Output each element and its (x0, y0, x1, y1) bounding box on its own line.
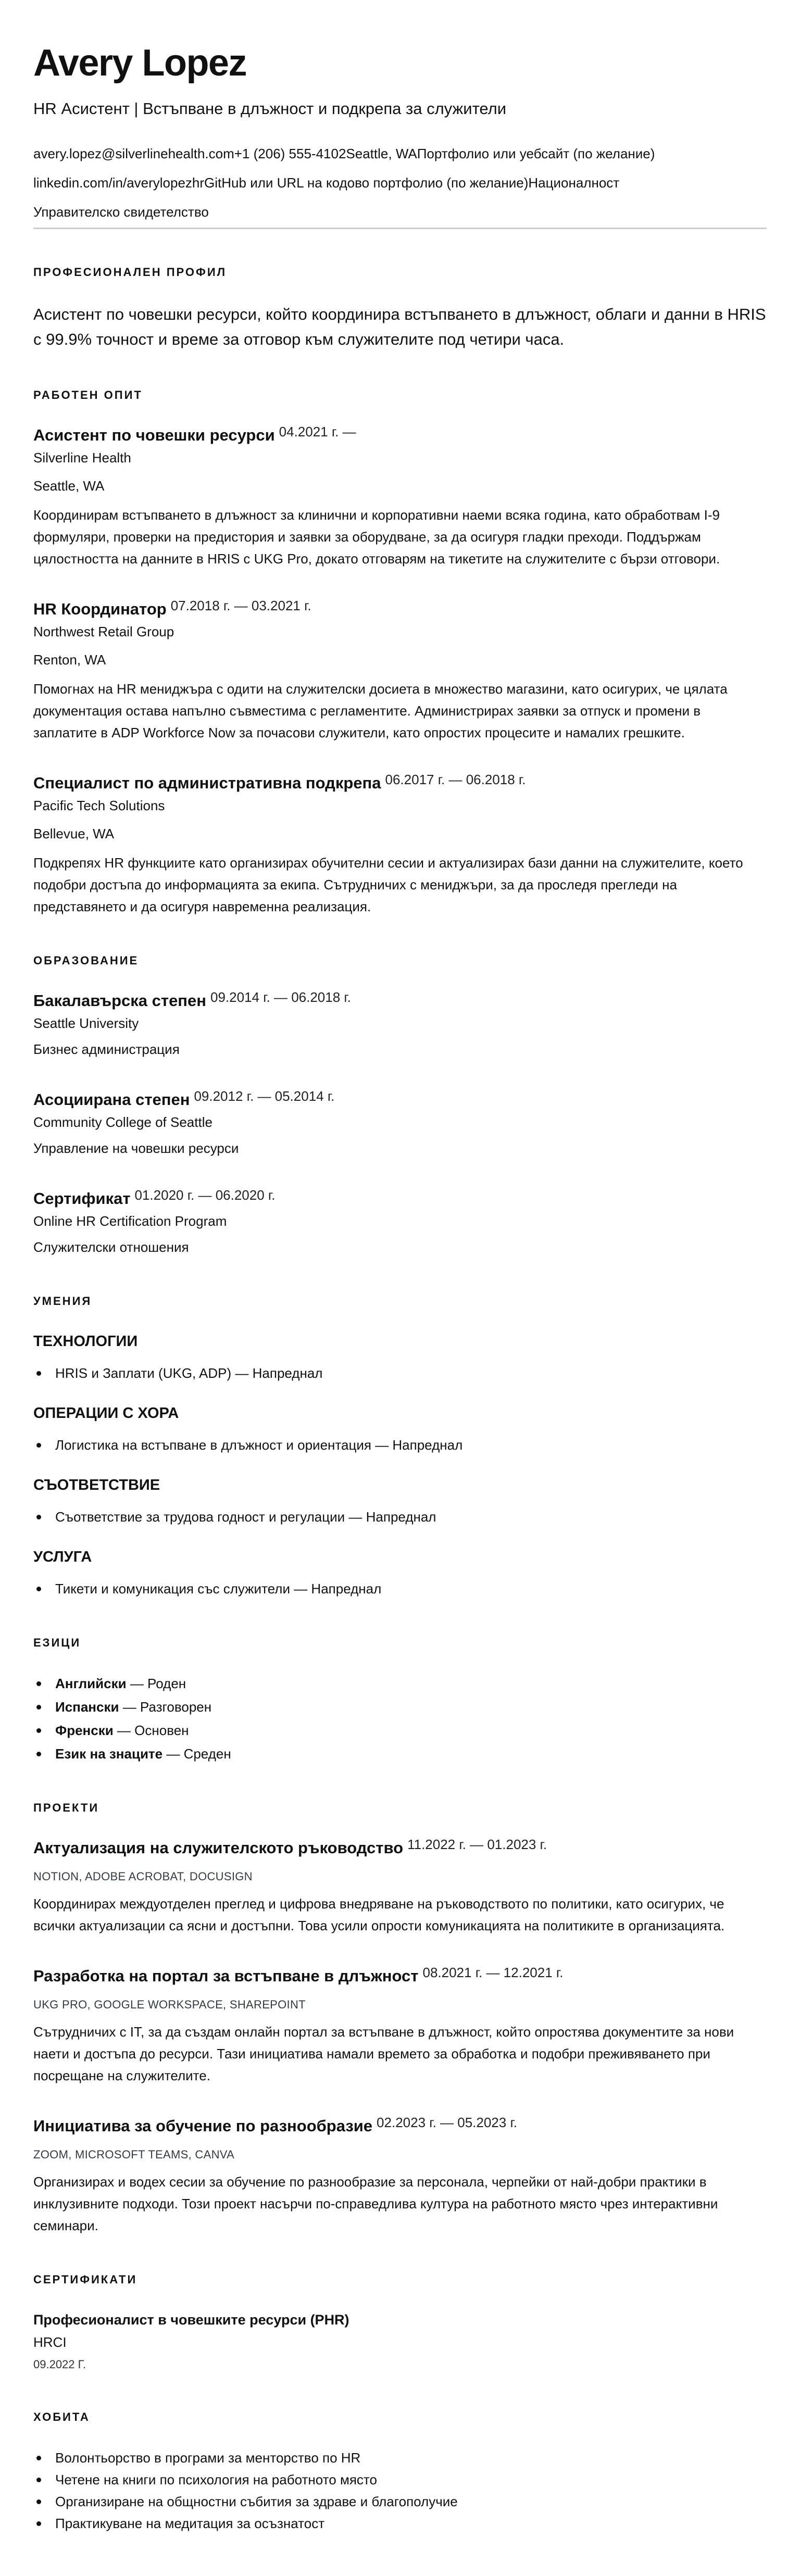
language-level: — Разговорен (119, 1699, 211, 1715)
hobbies-section: Хобита Волонтьорство в програми за менто… (33, 2410, 767, 2534)
entry-header: Разработка на портал за встъпване в длъж… (33, 1966, 767, 1987)
hobby-item: Волонтьорство в програми за менторство п… (33, 2447, 767, 2469)
skill-category: Операции с хора (33, 1403, 767, 1424)
contact-line-3: Управителско свидетелство (33, 197, 767, 227)
language-item: Френски — Основен (33, 1719, 767, 1741)
resume-page: Avery Lopez HR Асистент | Встъпване в дл… (0, 0, 800, 2576)
project-dates: 02.2023 г. — 05.2023 г. (377, 2116, 517, 2129)
job-title: HR Координатор (33, 599, 167, 620)
language-item: Език на знаците — Среден (33, 1743, 767, 1765)
experience-entry: HR Координатор07.2018 г. — 03.2021 г.Nor… (33, 599, 767, 744)
profile-section: Професионален профил Асистент по човешки… (33, 266, 767, 352)
skill-items: HRIS и Заплати (UKG, ADP) — Напреднал (33, 1362, 767, 1384)
skill-item: Тикети и комуникация със служители — Нап… (33, 1578, 767, 1600)
section-title: Хобита (33, 2410, 767, 2424)
hobby-item: Четене на книги по психология на работно… (33, 2469, 767, 2491)
skill-item: Логистика на встъпване в длъжност и орие… (33, 1434, 767, 1456)
skill-group: СъответствиеСъответствие за трудова годн… (33, 1475, 767, 1528)
project-description: Организирах и водех сесии за обучение по… (33, 2171, 767, 2236)
experience-section: Работен опит Асистент по човешки ресурси… (33, 388, 767, 918)
certification-name: Професионалист в човешките ресурси (PHR) (33, 2309, 767, 2330)
job-title: Специалист по административна подкрепа (33, 773, 381, 794)
section-title: Професионален профил (33, 266, 767, 279)
language-name: Език на знаците (55, 1746, 162, 1762)
projects-list: Актуализация на служителското ръководств… (33, 1838, 767, 2236)
entry-header: Асоциирана степен09.2012 г. — 05.2014 г. (33, 1089, 767, 1110)
language-item: Английски — Роден (33, 1673, 767, 1694)
section-title: Работен опит (33, 388, 767, 402)
company-name: Silverline Health (33, 447, 767, 469)
skill-group: ТехнологииHRIS и Заплати (UKG, ADP) — На… (33, 1331, 767, 1384)
candidate-name: Avery Lopez (33, 44, 767, 83)
section-title: Езици (33, 1636, 767, 1650)
job-title: Асистент по човешки ресурси (33, 425, 275, 446)
section-title: Умения (33, 1295, 767, 1308)
email-link[interactable]: avery.lopez@silverlinehealth.com (33, 146, 234, 161)
resume-header: Avery Lopez HR Асистент | Встъпване в дл… (33, 44, 767, 229)
job-dates: 06.2017 г. — 06.2018 г. (385, 773, 526, 786)
degree: Асоциирана степен (33, 1089, 190, 1110)
section-title: Сертификати (33, 2273, 767, 2286)
project-tech: UKG Pro, Google Workspace, SharePoint (33, 1996, 767, 2014)
hobby-item: Организиране на общностни събития за здр… (33, 2491, 767, 2512)
education-entry: Бакалавърска степен09.2014 г. — 06.2018 … (33, 990, 767, 1060)
certifications-list: Професионалист в човешките ресурси (PHR)… (33, 2309, 767, 2374)
education-dates: 09.2014 г. — 06.2018 г. (210, 990, 351, 1004)
project-name: Разработка на портал за встъпване в длъж… (33, 1966, 418, 1987)
location: Seattle, WA (346, 146, 417, 161)
job-location: Seattle, WA (33, 475, 767, 497)
school-name: Online HR Certification Program (33, 1210, 767, 1232)
language-item: Испански — Разговорен (33, 1696, 767, 1718)
contact-info: avery.lopez@silverlinehealth.com+1 (206)… (33, 139, 767, 227)
entry-header: Асистент по човешки ресурси04.2021 г. — (33, 425, 767, 446)
job-dates: 04.2021 г. — (279, 425, 356, 438)
section-title: Проекти (33, 1801, 767, 1815)
project-name: Инициатива за обучение по разнообразие (33, 2116, 372, 2137)
language-level: — Роден (127, 1676, 186, 1691)
education-entry: Сертификат01.2020 г. — 06.2020 г.Online … (33, 1188, 767, 1258)
entry-header: Специалист по административна подкрепа06… (33, 773, 767, 794)
hobbies-list: Волонтьорство в програми за менторство п… (33, 2447, 767, 2534)
license: Управителско свидетелство (33, 204, 209, 220)
skill-group: Операции с хораЛогистика на встъпване в … (33, 1403, 767, 1456)
project-tech: Zoom, Microsoft Teams, Canva (33, 2146, 767, 2164)
field-of-study: Служителски отношения (33, 1236, 767, 1258)
header-divider (33, 228, 767, 229)
job-description: Координирам встъпването в длъжност за кл… (33, 504, 767, 570)
education-section: Образование Бакалавърска степен09.2014 г… (33, 954, 767, 1258)
job-dates: 07.2018 г. — 03.2021 г. (171, 599, 311, 612)
company-name: Pacific Tech Solutions (33, 795, 767, 816)
school-name: Seattle University (33, 1012, 767, 1034)
entry-header: Сертификат01.2020 г. — 06.2020 г. (33, 1188, 767, 1209)
language-level: — Среден (162, 1746, 231, 1762)
project-name: Актуализация на служителското ръководств… (33, 1838, 403, 1858)
job-location: Renton, WA (33, 649, 767, 671)
field-of-study: Бизнес администрация (33, 1038, 767, 1060)
job-description: Помогнах на HR мениджъра с одити на служ… (33, 678, 767, 744)
education-dates: 01.2020 г. — 06.2020 г. (135, 1188, 276, 1202)
phone[interactable]: +1 (206) 555-4102 (234, 146, 346, 161)
entry-header: HR Координатор07.2018 г. — 03.2021 г. (33, 599, 767, 620)
education-list: Бакалавърска степен09.2014 г. — 06.2018 … (33, 990, 767, 1258)
certifications-section: Сертификати Професионалист в човешките р… (33, 2273, 767, 2374)
language-name: Испански (55, 1699, 119, 1715)
projects-section: Проекти Актуализация на служителското ръ… (33, 1801, 767, 2236)
degree: Бакалавърска степен (33, 990, 206, 1011)
section-title: Образование (33, 954, 767, 967)
education-dates: 09.2012 г. — 05.2014 г. (194, 1089, 334, 1103)
skill-group: УслугаТикети и комуникация със служители… (33, 1547, 767, 1600)
skill-item: HRIS и Заплати (UKG, ADP) — Напреднал (33, 1362, 767, 1384)
linkedin-link[interactable]: linkedin.com/in/averylopezhr (33, 175, 204, 191)
skill-category: Съответствие (33, 1475, 767, 1496)
skill-item: Съответствие за трудова годност и регула… (33, 1506, 767, 1528)
portfolio-link[interactable]: Портфолио или уебсайт (по желание) (417, 146, 655, 161)
skill-items: Съответствие за трудова годност и регула… (33, 1506, 767, 1528)
education-entry: Асоциирана степен09.2012 г. — 05.2014 г.… (33, 1089, 767, 1159)
headline: HR Асистент | Встъпване в длъжност и под… (33, 99, 767, 118)
project-entry: Актуализация на служителското ръководств… (33, 1838, 767, 1937)
languages-list: Английски — РоденИспански — РазговоренФр… (33, 1673, 767, 1765)
contact-line-1: avery.lopez@silverlinehealth.com+1 (206)… (33, 139, 767, 168)
profile-summary: Асистент по човешки ресурси, който коорд… (33, 302, 767, 352)
project-entry: Инициатива за обучение по разнообразие02… (33, 2116, 767, 2236)
experience-list: Асистент по човешки ресурси04.2021 г. —S… (33, 425, 767, 918)
project-dates: 11.2022 г. — 01.2023 г. (407, 1838, 547, 1851)
language-name: Френски (55, 1723, 114, 1738)
skills-section: Умения ТехнологииHRIS и Заплати (UKG, AD… (33, 1295, 767, 1600)
experience-entry: Асистент по човешки ресурси04.2021 г. —S… (33, 425, 767, 570)
language-level: — Основен (114, 1723, 189, 1738)
skills-list: ТехнологииHRIS и Заплати (UKG, ADP) — На… (33, 1331, 767, 1600)
hobby-item: Практикуване на медитация за осъзнатост (33, 2512, 767, 2534)
project-entry: Разработка на портал за встъпване в длъж… (33, 1966, 767, 2087)
project-description: Координирах междуотделен преглед и цифро… (33, 1893, 767, 1937)
certification-date: 09.2022 Г. (33, 2355, 767, 2374)
entry-header: Бакалавърска степен09.2014 г. — 06.2018 … (33, 990, 767, 1011)
skill-category: Технологии (33, 1331, 767, 1352)
project-dates: 08.2021 г. — 12.2021 г. (422, 1966, 563, 1979)
degree: Сертификат (33, 1188, 131, 1209)
experience-entry: Специалист по административна подкрепа06… (33, 773, 767, 918)
contact-line-2: linkedin.com/in/averylopezhrGitHub или U… (33, 168, 767, 197)
certification-issuer: HRCI (33, 2331, 767, 2353)
job-location: Bellevue, WA (33, 823, 767, 845)
project-tech: Notion, Adobe Acrobat, DocuSign (33, 1868, 767, 1886)
job-description: Подкрепях HR функциите като организирах … (33, 852, 767, 918)
github-link[interactable]: GitHub или URL на кодово портфолио (по ж… (204, 175, 528, 191)
skill-items: Логистика на встъпване в длъжност и орие… (33, 1434, 767, 1456)
project-description: Сътрудничих с IT, за да създам онлайн по… (33, 2021, 767, 2087)
nationality: Националност (528, 175, 619, 191)
skill-category: Услуга (33, 1547, 767, 1567)
entry-header: Актуализация на служителското ръководств… (33, 1838, 767, 1858)
languages-section: Езици Английски — РоденИспански — Разгов… (33, 1636, 767, 1765)
field-of-study: Управление на човешки ресурси (33, 1137, 767, 1159)
company-name: Northwest Retail Group (33, 621, 767, 643)
entry-header: Инициатива за обучение по разнообразие02… (33, 2116, 767, 2137)
skill-items: Тикети и комуникация със служители — Нап… (33, 1578, 767, 1600)
school-name: Community College of Seattle (33, 1111, 767, 1133)
language-name: Английски (55, 1676, 127, 1691)
certification-entry: Професионалист в човешките ресурси (PHR)… (33, 2309, 767, 2374)
